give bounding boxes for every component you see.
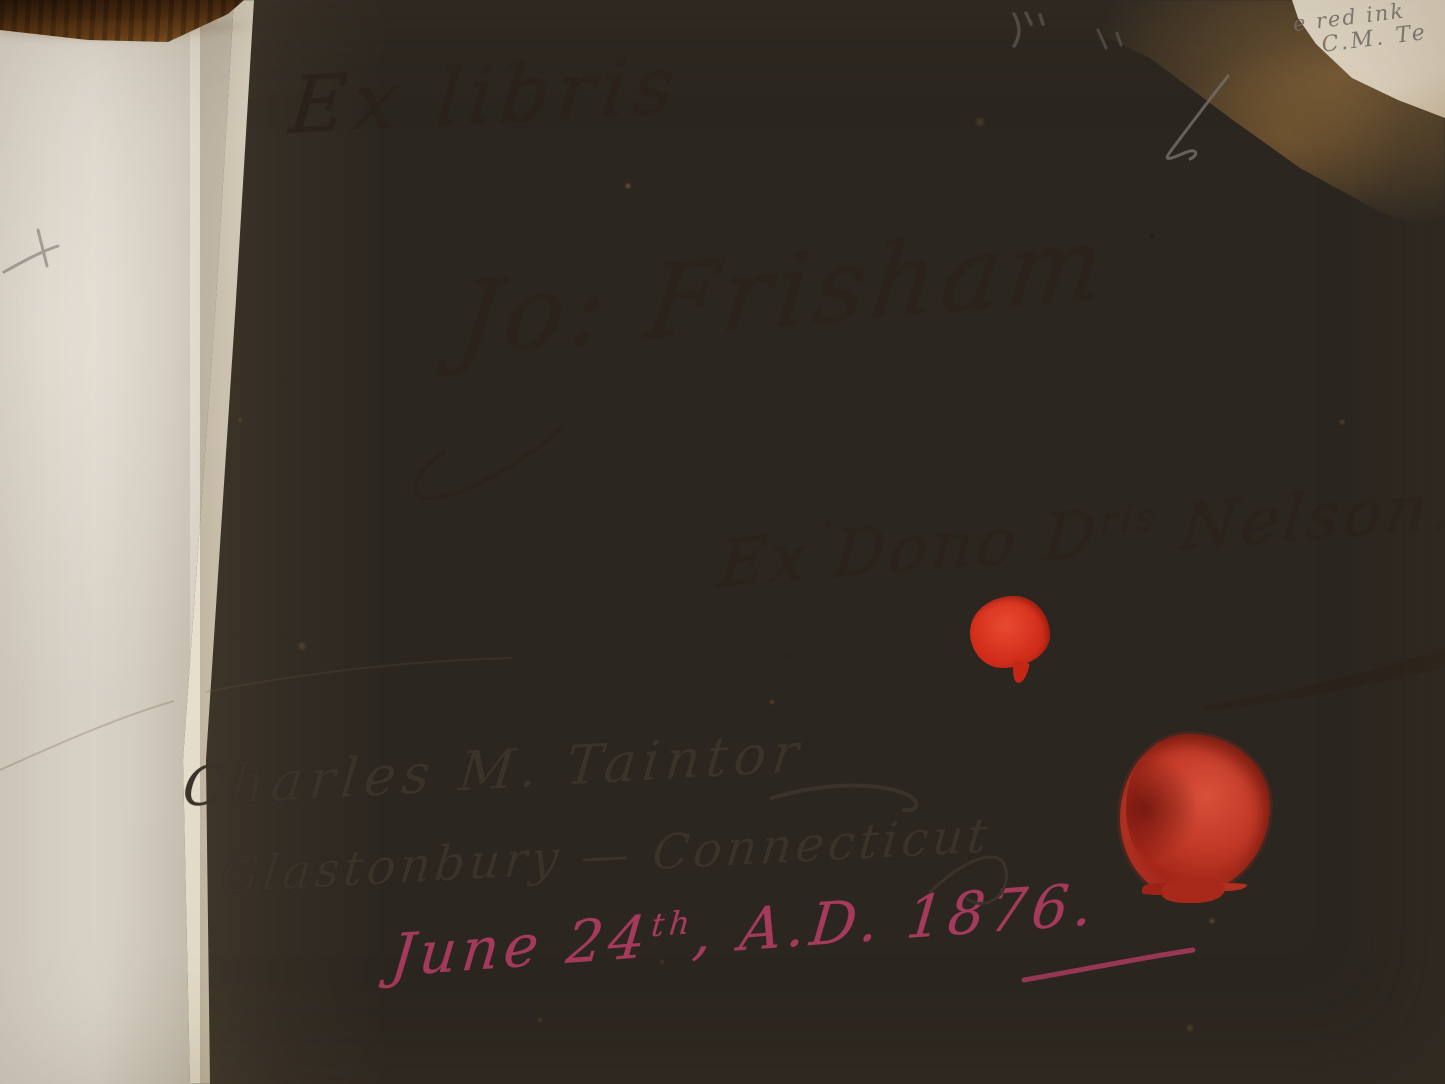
- photo-vignette: [0, 0, 1445, 1084]
- book-endpaper-photo: e red ink C.M. Te Ex libris Jo: Frisham …: [0, 0, 1445, 1084]
